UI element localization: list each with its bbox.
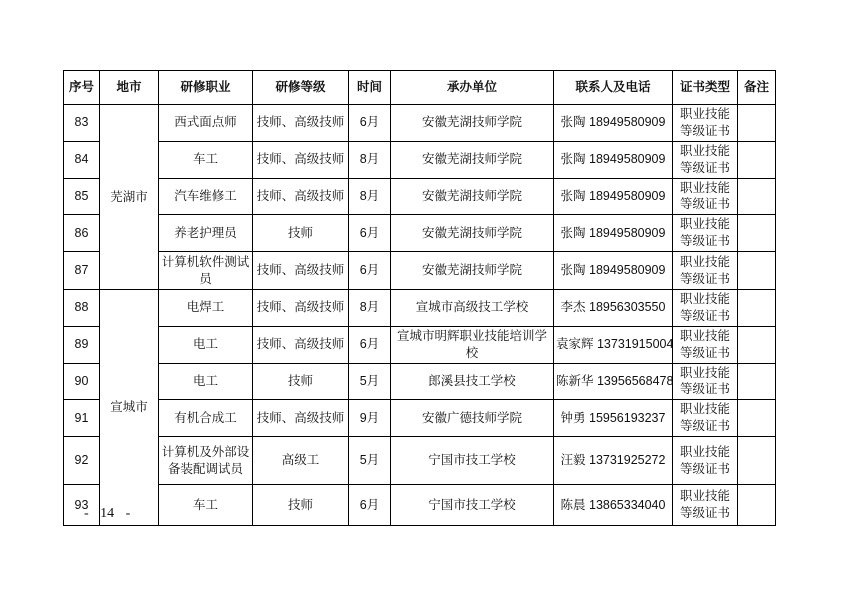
contact-cell: 张陶 18949580909 [554,141,673,178]
seq-cell: 89 [64,326,100,363]
remark-cell [738,105,776,142]
table-row: 92 计算机及外部设备装配调试员 高级工 5月 宁国市技工学校 汪毅 13731… [64,437,776,485]
seq-cell: 86 [64,215,100,252]
remark-cell [738,326,776,363]
table-row: 89 电工 技师、高级技师 6月 宣城市明辉职业技能培训学校 袁家辉 13731… [64,326,776,363]
level-cell: 技师 [253,363,349,400]
level-cell: 技师、高级技师 [253,400,349,437]
month-cell: 5月 [349,437,391,485]
organizer-cell: 安徽芜湖技师学院 [391,141,554,178]
contact-cell: 陈晨 13865334040 [554,485,673,526]
remark-cell [738,363,776,400]
cert-type-cell: 职业技能等级证书 [673,485,738,526]
header-remark: 备注 [738,71,776,105]
organizer-cell: 安徽广德技师学院 [391,400,554,437]
seq-cell: 83 [64,105,100,142]
level-cell: 技师 [253,215,349,252]
cert-type-cell: 职业技能等级证书 [673,437,738,485]
table-row: 93 车工 技师 6月 宁国市技工学校 陈晨 13865334040 职业技能等… [64,485,776,526]
header-organizer: 承办单位 [391,71,554,105]
level-cell: 技师、高级技师 [253,178,349,215]
seq-cell: 92 [64,437,100,485]
month-cell: 5月 [349,363,391,400]
table-row: 87 计算机软件测试员 技师、高级技师 6月 安徽芜湖技师学院 张陶 18949… [64,252,776,290]
seq-cell: 91 [64,400,100,437]
training-schedule-table-container: 序号 地市 研修职业 研修等级 时间 承办单位 联系人及电话 证书类型 备注 8… [63,70,775,526]
level-cell: 技师 [253,485,349,526]
occupation-cell: 车工 [159,485,253,526]
remark-cell [738,400,776,437]
month-cell: 8月 [349,178,391,215]
seq-cell: 84 [64,141,100,178]
month-cell: 8月 [349,141,391,178]
table-row: 91 有机合成工 技师、高级技师 9月 安徽广德技师学院 钟勇 15956193… [64,400,776,437]
cert-type-cell: 职业技能等级证书 [673,141,738,178]
organizer-cell: 安徽芜湖技师学院 [391,178,554,215]
occupation-cell: 养老护理员 [159,215,253,252]
month-cell: 6月 [349,326,391,363]
month-cell: 6月 [349,105,391,142]
cert-type-cell: 职业技能等级证书 [673,400,738,437]
occupation-cell: 电工 [159,326,253,363]
contact-cell: 张陶 18949580909 [554,215,673,252]
occupation-cell: 电焊工 [159,290,253,327]
cert-type-cell: 职业技能等级证书 [673,252,738,290]
organizer-cell: 宣城市高级技工学校 [391,290,554,327]
contact-cell: 李杰 18956303550 [554,290,673,327]
occupation-cell: 西式面点师 [159,105,253,142]
organizer-cell: 郎溪县技工学校 [391,363,554,400]
remark-cell [738,252,776,290]
occupation-cell: 有机合成工 [159,400,253,437]
month-cell: 6月 [349,252,391,290]
month-cell: 6月 [349,485,391,526]
cert-type-cell: 职业技能等级证书 [673,215,738,252]
header-seq: 序号 [64,71,100,105]
document-page: 序号 地市 研修职业 研修等级 时间 承办单位 联系人及电话 证书类型 备注 8… [0,0,842,595]
level-cell: 技师、高级技师 [253,290,349,327]
header-level: 研修等级 [253,71,349,105]
organizer-cell: 安徽芜湖技师学院 [391,252,554,290]
level-cell: 技师、高级技师 [253,141,349,178]
header-contact: 联系人及电话 [554,71,673,105]
occupation-cell: 电工 [159,363,253,400]
page-number: - 14 - [84,506,130,522]
contact-cell: 汪毅 13731925272 [554,437,673,485]
contact-cell: 陈新华 13956568478 [554,363,673,400]
city-cell: 宣城市 [100,290,159,526]
seq-cell: 90 [64,363,100,400]
header-cert-type: 证书类型 [673,71,738,105]
contact-cell: 袁家辉 13731915004 [554,326,673,363]
level-cell: 技师、高级技师 [253,105,349,142]
month-cell: 8月 [349,290,391,327]
occupation-cell: 计算机软件测试员 [159,252,253,290]
organizer-cell: 宁国市技工学校 [391,485,554,526]
table-row: 88 宣城市 电焊工 技师、高级技师 8月 宣城市高级技工学校 李杰 18956… [64,290,776,327]
level-cell: 技师、高级技师 [253,252,349,290]
remark-cell [738,437,776,485]
cert-type-cell: 职业技能等级证书 [673,178,738,215]
level-cell: 高级工 [253,437,349,485]
city-cell: 芜湖市 [100,105,159,290]
table-row: 90 电工 技师 5月 郎溪县技工学校 陈新华 13956568478 职业技能… [64,363,776,400]
table-row: 85 汽车维修工 技师、高级技师 8月 安徽芜湖技师学院 张陶 18949580… [64,178,776,215]
contact-cell: 张陶 18949580909 [554,252,673,290]
header-month: 时间 [349,71,391,105]
seq-cell: 85 [64,178,100,215]
level-cell: 技师、高级技师 [253,326,349,363]
header-row: 序号 地市 研修职业 研修等级 时间 承办单位 联系人及电话 证书类型 备注 [64,71,776,105]
table-row: 83 芜湖市 西式面点师 技师、高级技师 6月 安徽芜湖技师学院 张陶 1894… [64,105,776,142]
header-city: 地市 [100,71,159,105]
seq-cell: 88 [64,290,100,327]
header-occupation: 研修职业 [159,71,253,105]
table-row: 86 养老护理员 技师 6月 安徽芜湖技师学院 张陶 18949580909 职… [64,215,776,252]
cert-type-cell: 职业技能等级证书 [673,290,738,327]
contact-cell: 张陶 18949580909 [554,178,673,215]
training-schedule-table: 序号 地市 研修职业 研修等级 时间 承办单位 联系人及电话 证书类型 备注 8… [63,70,776,526]
occupation-cell: 车工 [159,141,253,178]
remark-cell [738,485,776,526]
month-cell: 6月 [349,215,391,252]
month-cell: 9月 [349,400,391,437]
table-row: 84 车工 技师、高级技师 8月 安徽芜湖技师学院 张陶 18949580909… [64,141,776,178]
contact-cell: 张陶 18949580909 [554,105,673,142]
occupation-cell: 计算机及外部设备装配调试员 [159,437,253,485]
seq-cell: 87 [64,252,100,290]
remark-cell [738,290,776,327]
occupation-cell: 汽车维修工 [159,178,253,215]
organizer-cell: 安徽芜湖技师学院 [391,215,554,252]
remark-cell [738,178,776,215]
organizer-cell: 安徽芜湖技师学院 [391,105,554,142]
organizer-cell: 宣城市明辉职业技能培训学校 [391,326,554,363]
cert-type-cell: 职业技能等级证书 [673,105,738,142]
organizer-cell: 宁国市技工学校 [391,437,554,485]
cert-type-cell: 职业技能等级证书 [673,326,738,363]
cert-type-cell: 职业技能等级证书 [673,363,738,400]
remark-cell [738,215,776,252]
remark-cell [738,141,776,178]
contact-cell: 钟勇 15956193237 [554,400,673,437]
